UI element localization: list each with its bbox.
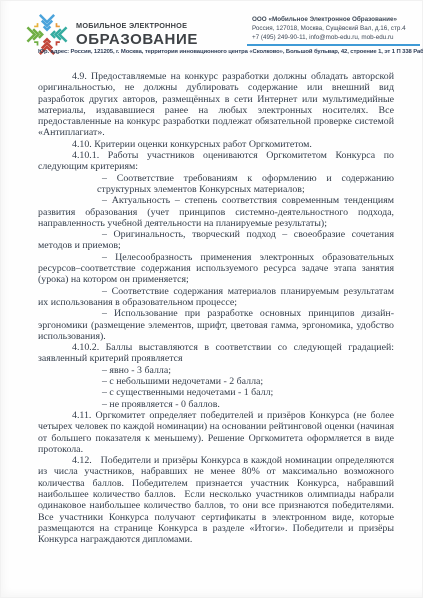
grade-item-3: – с существенными недочетами - 1 балл; [102, 387, 394, 398]
postal-address: Россия, 127018, Москва, Сущёвский Вал, д… [252, 24, 422, 33]
criterion-item-6: – Использование при разработке основных … [38, 308, 394, 342]
para-4-12: 4.12. Победители и призёры Конкурса в ка… [38, 455, 394, 545]
para-4-10-2: 4.10.2. Баллы выставляются в соответстви… [38, 342, 394, 365]
header-divider [247, 44, 420, 46]
para-4-11: 4.11. Оргкомитет определяет победителей … [38, 410, 394, 455]
phone-email: +7 (495) 249-90-11, info@mob-edu.ru, mob… [252, 33, 422, 42]
grade-item-2: – с небольшими недочетами - 2 балла; [102, 376, 394, 387]
criterion-item-4: – Целесообразность применения электронны… [38, 252, 394, 286]
para-4-10: 4.10. Критерии оценки конкурсных работ О… [38, 139, 394, 150]
criterion-item-5: – Соответствие содержания материалов пла… [38, 286, 394, 309]
grade-item-1: – явно - 3 балла; [102, 365, 394, 376]
para-4-9: 4.9. Предоставляемые на конкурс разработ… [38, 71, 394, 139]
document-body: 4.9. Предоставляемые на конкурс разработ… [38, 71, 394, 545]
logo-title-line2: ОБРАЗОВАНИЕ [76, 31, 198, 48]
logo-title-line1: МОБИЛЬНОЕ ЭЛЕКТРОННОЕ [76, 21, 198, 30]
document-page: МОБИЛЬНОЕ ЭЛЕКТРОННОЕ ОБРАЗОВАНИЕ ООО «М… [0, 0, 423, 598]
contact-block: ООО «Мобильное Электронное Образование» … [252, 15, 422, 42]
criterion-item-1: – Соответствие требованиям к оформлению … [97, 173, 394, 196]
grade-item-4: – не проявляется - 0 баллов. [102, 399, 394, 410]
company-name: ООО «Мобильное Электронное Образование» [252, 15, 422, 24]
criterion-item-3: – Оригинальность, творческий подход – св… [38, 229, 394, 252]
logo-text: МОБИЛЬНОЕ ЭЛЕКТРОННОЕ ОБРАЗОВАНИЕ [76, 21, 198, 48]
criterion-item-2: – Актуальность – степень соответствия со… [38, 195, 394, 229]
legal-address: Юр. адрес: Россия, 121205, г. Москва, те… [38, 49, 422, 55]
para-4-10-1: 4.10.1. Работы участников оцениваются Ор… [38, 150, 394, 173]
